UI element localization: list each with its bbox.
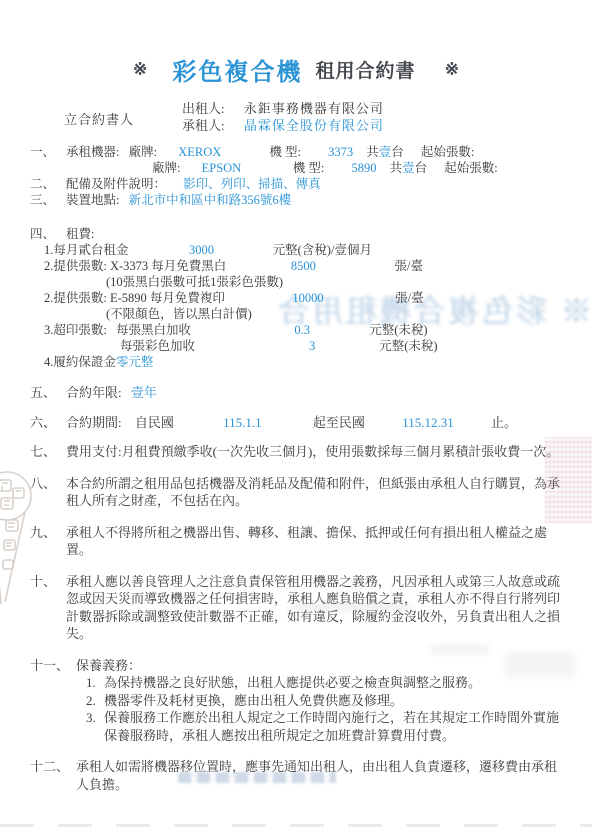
- clause-5-label: 合約年限:: [66, 385, 122, 400]
- clause-3-label: 裝置地點:: [66, 193, 119, 207]
- overprint-color-prefix: 每張彩色加收: [120, 339, 195, 353]
- show-through-smudge-bottom: [178, 772, 336, 783]
- clause-12-number: 十二、: [30, 758, 76, 793]
- clause-5-value: 壹年: [131, 385, 157, 400]
- qty-post-2: 台: [415, 161, 428, 175]
- clause-11-label: 保養義務：: [76, 658, 141, 673]
- maintenance-item-2-number: 2.: [86, 692, 104, 710]
- overprint-color-suffix: 元整(未稅): [379, 339, 437, 353]
- maintenance-item-3-number: 3.: [86, 709, 104, 744]
- lessor-row: 出租人: 永鉅事務機器有限公司: [182, 100, 384, 117]
- clause-2-value: 影印、列印、掃描、傳真: [183, 177, 321, 191]
- partial-red-stamp-right: [545, 437, 592, 523]
- machine-row-1: 承租機器: 廠牌: XEROX 機 型: 3373 共壹台 起始張數:: [66, 145, 474, 159]
- parties-label: 立合約書人: [64, 109, 134, 134]
- title-mark-right: ※: [445, 60, 459, 79]
- scanned-contract-page: ※ 彩色複合機租用合 ※ 彩色複合機 租用合約書 ※ 立合約書人 出租人: 永鉅…: [0, 0, 592, 839]
- clause-1: 一、 承租機器: 廠牌: XEROX 機 型: 3373 共壹台 起始張數: 廠…: [30, 144, 566, 176]
- model-value-1: 3373: [328, 145, 353, 159]
- pages-row-2: 2.提供張數: E-5890 每月免費複印 10000 張/臺: [44, 290, 566, 306]
- overprint-row-color: 每張彩色加收 3 元整(未稅): [44, 338, 566, 354]
- maintenance-item-1-text: 為保持機器之良好狀態，出租人應提供必要之檢查與調整之服務。: [104, 674, 566, 692]
- brand-label-2: 廠牌:: [152, 161, 180, 175]
- brand-value-1: XEROX: [178, 144, 256, 160]
- maintenance-item-1-number: 1.: [86, 674, 104, 692]
- rent-value: 3000: [176, 242, 228, 258]
- clause-2: 二、 配備及附件說明： 影印、列印、掃描、傳真: [30, 176, 566, 192]
- clause-9-text: 承租人不得將所租之機器出售、轉移、租讓、擔保、抵押或任何有損出租人權益之處置。: [66, 524, 566, 559]
- clause-3-value: 新北市中和區中和路356號6樓: [129, 193, 292, 207]
- period-to-value: 115.12.31: [402, 415, 454, 430]
- start-count-label-1: 起始張數:: [421, 145, 474, 159]
- title-mark-left: ※: [133, 60, 147, 79]
- clause-11: 十一、 保養義務： 1. 為保持機器之良好狀態，出租人應提供必要之檢查與調整之服…: [30, 657, 566, 745]
- pages-1-suffix: 張/臺: [395, 259, 423, 273]
- maintenance-item-2-text: 機器零件及耗材更換，應由出租人免費供應及修理。: [104, 692, 566, 710]
- overprint-label: 3.超印張數:: [44, 323, 107, 337]
- clause-8: 八、 本合約所謂之租用品包括機器及消耗品及配備和附件，但紙張由承租人自行購買，為…: [30, 475, 566, 510]
- overprint-row-bw: 3.超印張數: 每張黑白加收 0.3 元整(未稅): [44, 322, 566, 338]
- pages-2-value: 10000: [280, 290, 336, 306]
- maintenance-item-2: 2. 機器零件及耗材更換，應由出租人免費供應及修理。: [86, 692, 566, 710]
- period-from-label: 自民國: [135, 415, 174, 430]
- rent-prefix: 1.每月貳台租金: [44, 243, 128, 257]
- clause-4-number: 四、: [30, 226, 66, 242]
- clause-7-text: 費用支付:月租費預繳季收(一次先收三個月)，使用張數採每三個月累積計張收費一次。: [66, 443, 566, 461]
- scan-edge-line-bottom: [0, 824, 592, 827]
- clause-9: 九、 承租人不得將所租之機器出售、轉移、租讓、擔保、抵押或任何有損出租人權益之處…: [30, 524, 566, 559]
- lessee-label: 承租人:: [182, 117, 225, 134]
- model-label-1: 機 型:: [269, 145, 301, 159]
- clause-4: 四、 租費:: [30, 226, 566, 242]
- document-title: ※ 彩色複合機 租用合約書 ※: [0, 52, 592, 87]
- qty-value-2: 壹: [402, 161, 415, 175]
- deposit-row: 4.履約保證金零元整: [44, 354, 566, 370]
- scan-smudge: [292, 602, 412, 612]
- brand-value-2: EPSON: [202, 160, 280, 176]
- qty-post-1: 台: [391, 145, 404, 159]
- period-to-label: 起至民國: [313, 415, 365, 430]
- maintenance-item-3: 3. 保養服務工作應於出租人規定之工作時間內施行之，若在其規定工作時間外實施保養…: [86, 709, 566, 744]
- clause-1-number: 一、: [30, 144, 66, 176]
- maintenance-item-1: 1. 為保持機器之良好狀態，出租人應提供必要之檢查與調整之服務。: [86, 674, 566, 692]
- start-count-label-2: 起始張數:: [444, 161, 497, 175]
- lessee-row: 承租人: 晶霖保全股份有限公司: [182, 117, 384, 134]
- pages-1-value: 8500: [277, 258, 329, 274]
- clause-4-label: 租費:: [66, 226, 566, 242]
- clause-6-label: 合約期間:: [66, 415, 122, 430]
- pages-row-1: 2.提供張數: X-3373 每月免費黑白 8500 張/臺: [44, 258, 566, 274]
- title-subtitle: 租用合約書: [316, 61, 416, 82]
- scan-smudge: [505, 652, 575, 678]
- deposit-prefix: 4.履約保證金: [44, 355, 116, 369]
- clause-5-number: 五、: [30, 384, 66, 402]
- clause-7-number: 七、: [30, 443, 66, 461]
- maintenance-item-3-text: 保養服務工作應於出租人規定之工作時間內施行之，若在其規定工作時間外實施保養服務時…: [104, 709, 566, 744]
- qty-value-1: 壹: [379, 145, 392, 159]
- partial-seal-stamp-left: [0, 464, 41, 610]
- pages-1-prefix: 2.提供張數: X-3373 每月免費黑白: [44, 259, 226, 273]
- clause-1-label: 承租機器:: [66, 145, 119, 159]
- clause-8-text: 本合約所謂之租用品包括機器及消耗品及配備和附件，但紙張由承租人自行購買，為承租人…: [66, 475, 566, 510]
- pages-2-suffix: 張/臺: [395, 291, 423, 305]
- model-label-2: 機 型:: [293, 161, 325, 175]
- clause-11-number: 十一、: [30, 657, 76, 745]
- rent-suffix: 元整(含稅)/壹個月: [273, 243, 372, 257]
- model-value-2: 5890: [351, 161, 376, 175]
- clause-2-label: 配備及附件說明：: [66, 177, 166, 191]
- qty-pre-1: 共: [366, 145, 379, 159]
- clause-6: 六、 合約期間: 自民國 115.1.1 起至民國 115.12.31 止。: [30, 414, 566, 432]
- scan-smudge: [430, 645, 490, 654]
- contract-body: 一、 承租機器: 廠牌: XEROX 機 型: 3373 共壹台 起始張數: 廠…: [30, 144, 566, 793]
- clause-3-number: 三、: [30, 192, 66, 208]
- rent-row: 1.每月貳台租金 3000 元整(含稅)/壹個月: [44, 242, 566, 258]
- parties-block: 立合約書人 出租人: 永鉅事務機器有限公司 承租人: 晶霖保全股份有限公司: [64, 100, 384, 134]
- overprint-color-value: 3: [302, 338, 322, 354]
- machine-row-2: 廠牌: EPSON 機 型: 5890 共壹台 起始張數:: [152, 161, 498, 175]
- clause-7: 七、 費用支付:月租費預繳季收(一次先收三個月)，使用張數採每三個月累積計張收費…: [30, 443, 566, 461]
- period-end: 止。: [491, 415, 517, 430]
- overprint-bw-prefix: 每張黑白加收: [116, 323, 191, 337]
- clause-5: 五、 合約年限: 壹年: [30, 384, 566, 402]
- clause-6-number: 六、: [30, 414, 66, 432]
- title-main: 彩色複合機: [172, 60, 302, 86]
- deposit-value: 零元整: [116, 355, 154, 369]
- lessor-name: 永鉅事務機器有限公司: [244, 100, 384, 117]
- period-from-value: 115.1.1: [223, 415, 262, 430]
- lessee-name: 晶霖保全股份有限公司: [244, 117, 384, 134]
- clause-4-items: 1.每月貳台租金 3000 元整(含稅)/壹個月 2.提供張數: X-3373 …: [44, 242, 566, 370]
- overprint-bw-value: 0.3: [286, 322, 318, 338]
- pages-2-prefix: 2.提供張數: E-5890 每月免費複印: [44, 291, 225, 305]
- clause-3: 三、 裝置地點: 新北市中和區中和路356號6樓: [30, 192, 566, 208]
- pages-2-note: (不限顏色，皆以黑白計價): [106, 306, 566, 322]
- brand-label-1: 廠牌:: [129, 145, 157, 159]
- qty-pre-2: 共: [390, 161, 403, 175]
- clause-2-number: 二、: [30, 176, 66, 192]
- pages-1-note: (10張黑白張數可抵1張彩色張數): [106, 274, 566, 290]
- lessor-label: 出租人:: [182, 100, 225, 117]
- overprint-bw-suffix: 元整(未稅): [369, 323, 427, 337]
